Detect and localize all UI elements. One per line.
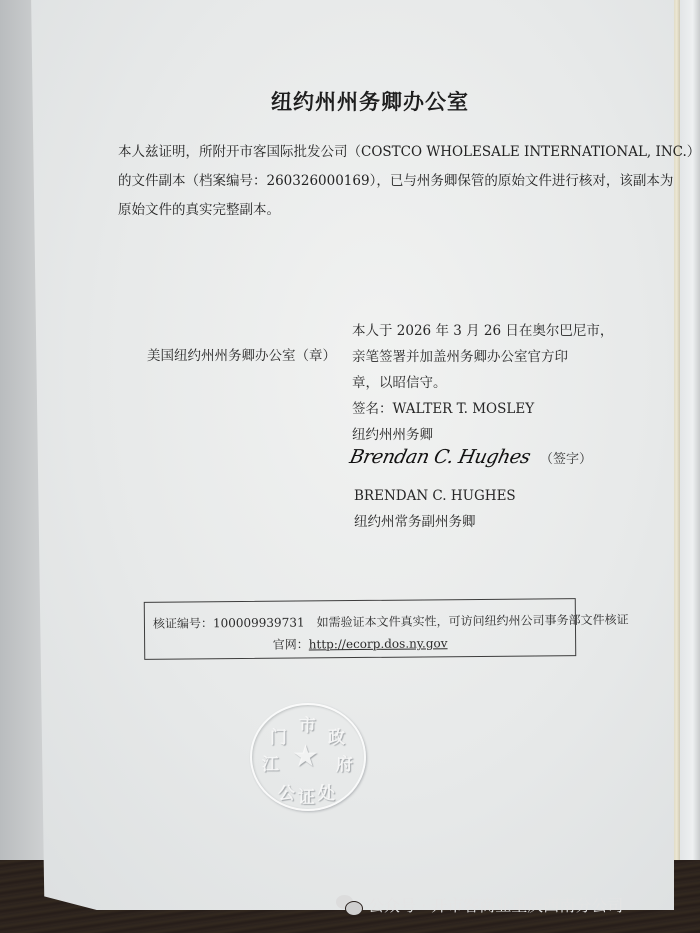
deputy-block: BRENDAN C. HUGHES 纽约州常务副州务卿 (354, 483, 516, 535)
website-link[interactable]: http://ecorp.dos.ny.gov (309, 636, 448, 651)
seal-char: 政 (328, 723, 345, 748)
seal-char: 公 (278, 779, 295, 804)
certification-line: 原始文件的真实完整副本。 (118, 196, 638, 225)
seal-char: 处 (318, 779, 335, 804)
website-label: 官网： (273, 637, 309, 651)
signer-title: 纽约州州务卿 (352, 422, 613, 448)
certification-line: 的文件副本（档案编号：260326000169），已与州务卿保管的原始文件进行核… (118, 167, 638, 196)
wechat-icon (336, 895, 362, 915)
attestation-line: 章，以昭信守。 (352, 370, 613, 396)
seal-char: 江 (262, 750, 279, 775)
seal-char: 门 (270, 723, 287, 748)
document-title: 纽约州州务卿办公室 (0, 86, 700, 116)
embossed-seal: 市 政 府 公 证 处 江 门 ★ (250, 703, 366, 811)
signature-row: Brendan C. Hughes （签字） (350, 446, 592, 468)
watermark: 公众号 · 开市客商业重庆西南分公司 (336, 893, 623, 916)
seal-label: 美国纽约州州务卿办公室（章） (147, 344, 336, 364)
attestation-block: 本人于 2026 年 3 月 26 日在奥尔巴尼市， 亲笔签署并加盖州务卿办公室… (352, 318, 613, 448)
star-icon: ★ (292, 739, 319, 774)
attestation-line: 亲笔签署并加盖州务卿办公室官方印 (352, 344, 613, 370)
seal-char: 府 (336, 750, 353, 775)
watermark-text: 公众号 · 开市客商业重庆西南分公司 (368, 893, 623, 916)
signature-note: （签字） (540, 448, 592, 467)
signer-line: 签名：WALTER T. MOSLEY (352, 396, 613, 422)
deputy-name: BRENDAN C. HUGHES (354, 483, 516, 509)
certification-line: 本人兹证明，所附开市客国际批发公司（COSTCO WHOLESALE INTER… (118, 138, 638, 167)
verification-box: 核证编号：100009939731 如需验证本文件真实性，可访问纽约州公司事务部… (144, 598, 576, 660)
handwritten-signature: Brendan C. Hughes (348, 446, 533, 468)
seal-char: 市 (299, 711, 316, 736)
verification-website-line: 官网：http://ecorp.dos.ny.gov (145, 633, 575, 654)
attestation-line: 本人于 2026 年 3 月 26 日在奥尔巴尼市， (352, 318, 613, 344)
certification-paragraph: 本人兹证明，所附开市客国际批发公司（COSTCO WHOLESALE INTER… (118, 138, 638, 225)
verification-number-line: 核证编号：100009939731 如需验证本文件真实性，可访问纽约州公司事务部… (153, 611, 629, 632)
seal-char: 证 (298, 783, 315, 808)
deputy-title: 纽约州常务副州务卿 (354, 509, 516, 535)
